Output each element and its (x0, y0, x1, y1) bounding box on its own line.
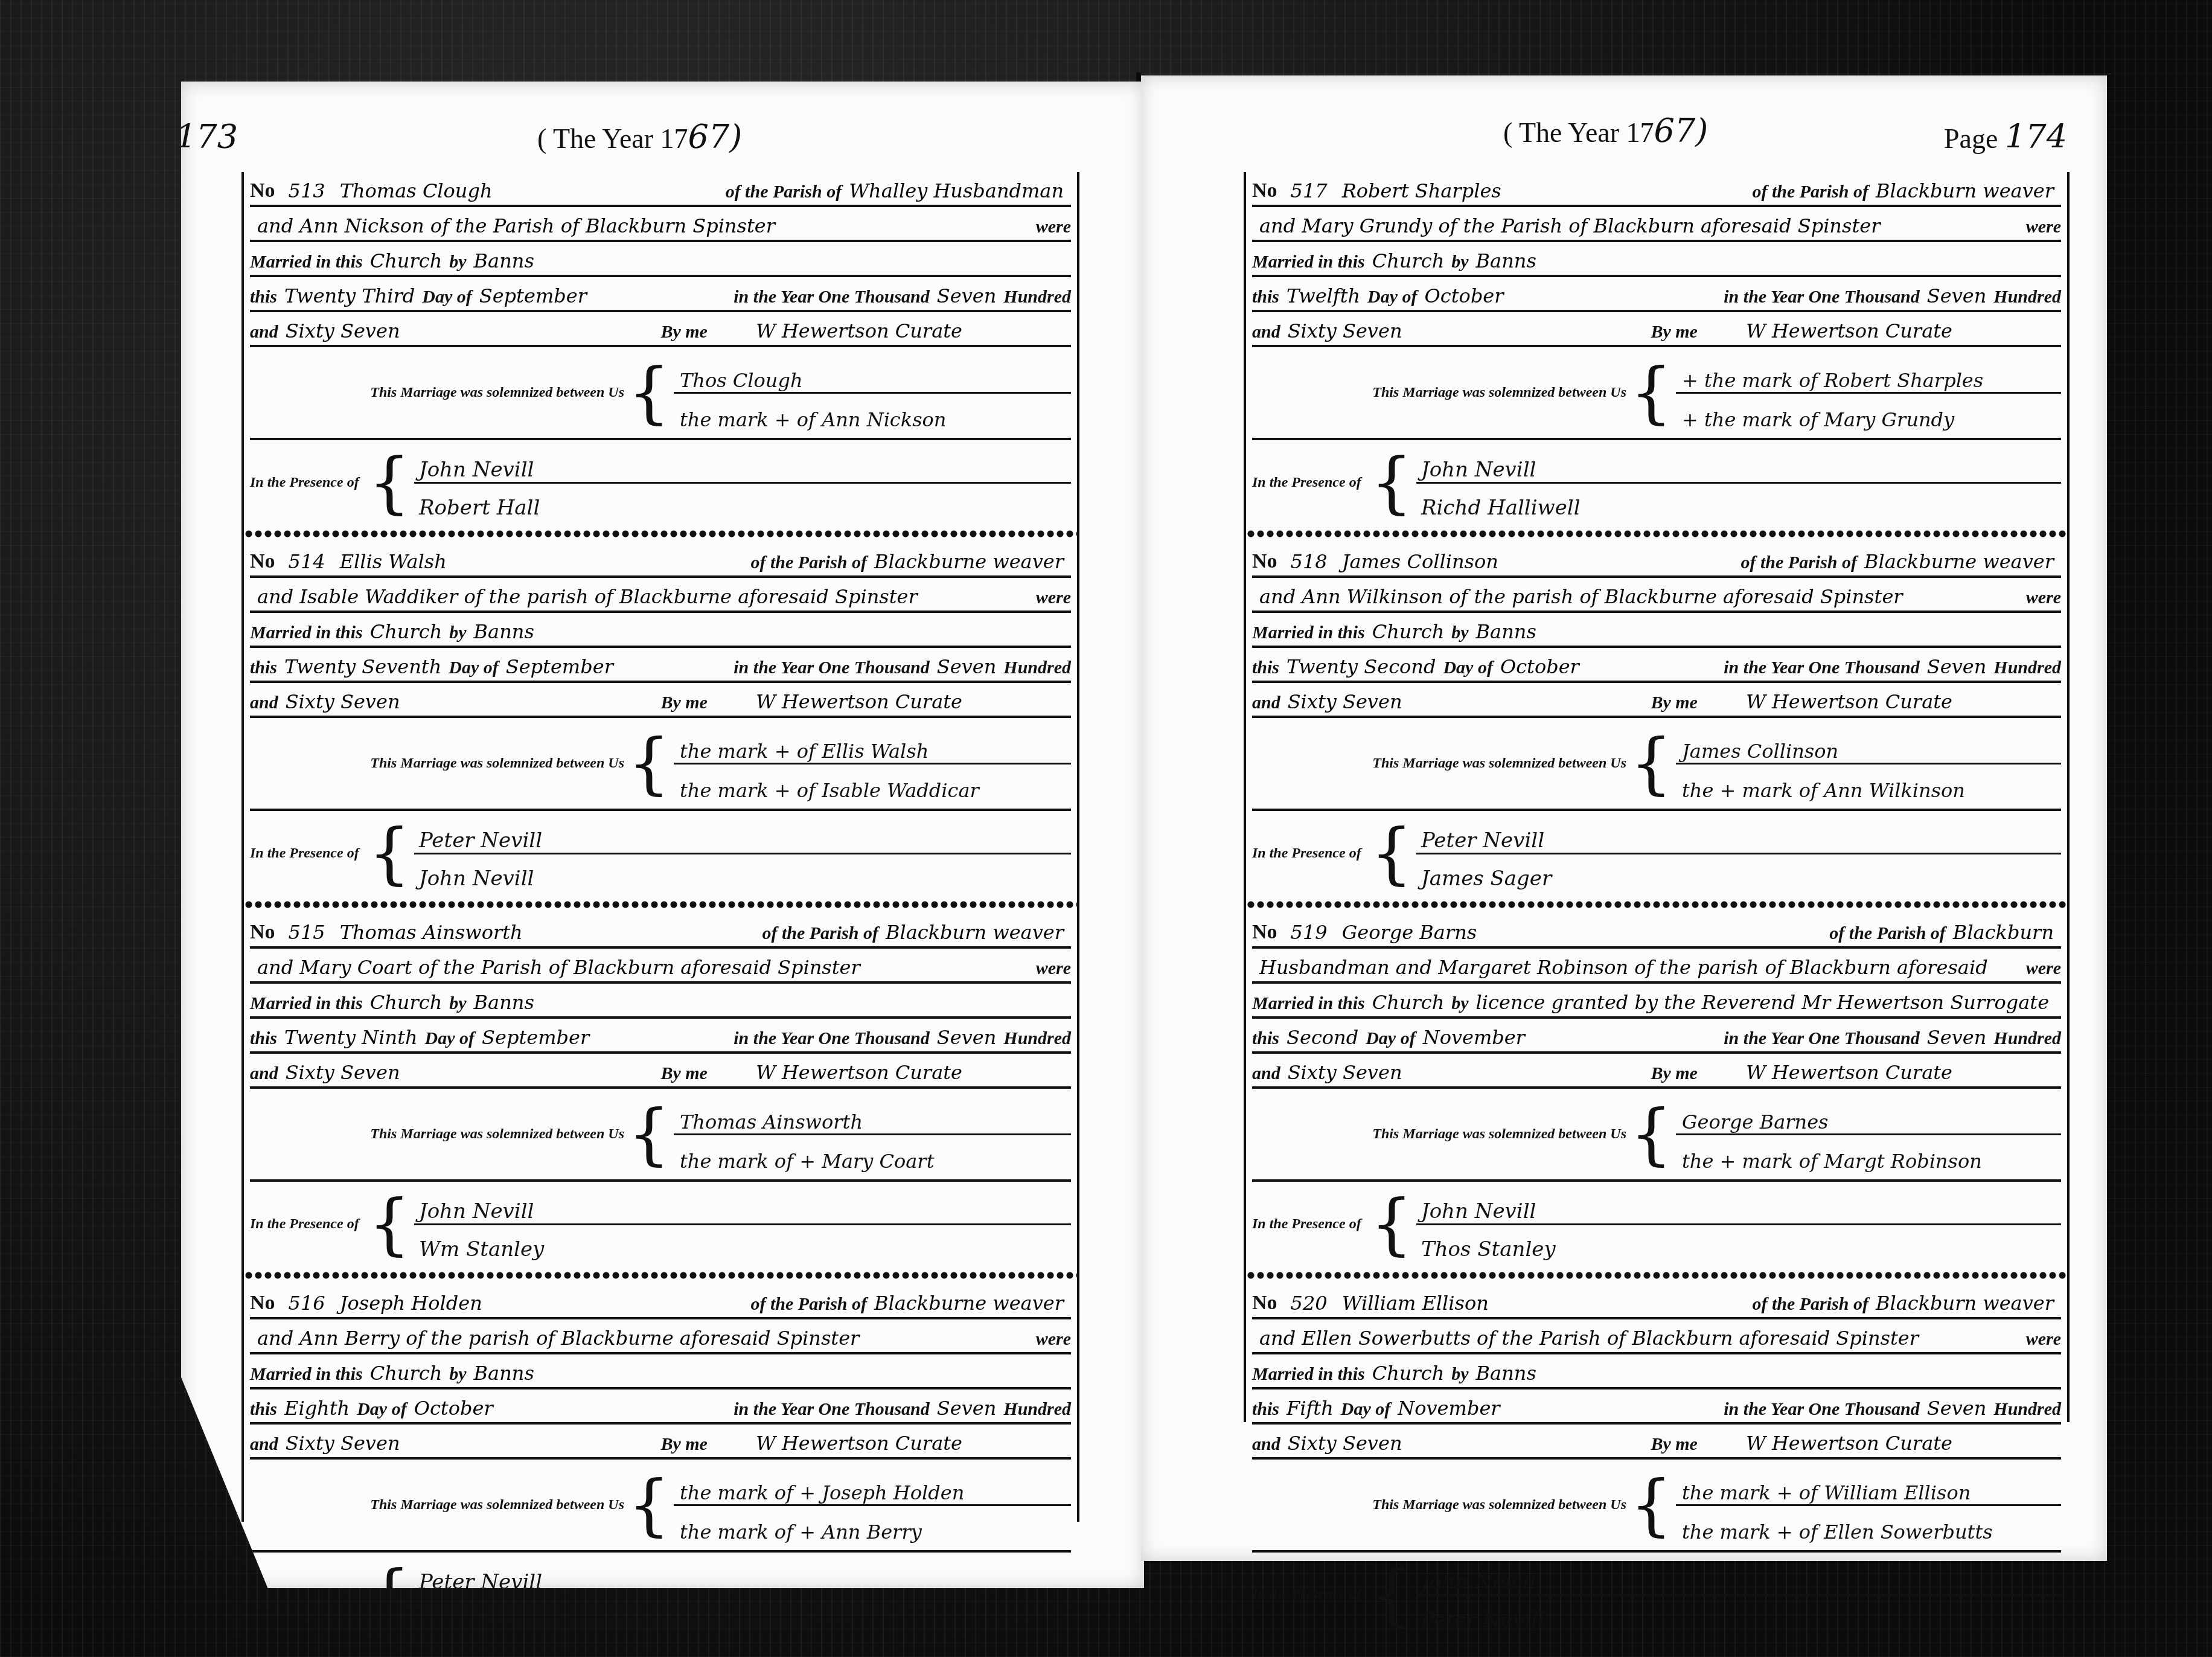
signature-groom: Thos Clough (674, 354, 1071, 394)
month: October (1500, 655, 1579, 678)
year-handwritten: 67) (1654, 112, 1709, 150)
bride-line: and Ann Wilkinson of the parish of Black… (1259, 585, 1903, 608)
solemnized-block: This Marriage was solemnized between Us … (1252, 1089, 2061, 1182)
were-label: were (1036, 958, 1071, 979)
witness-2: Richd Halliwell (1416, 484, 2061, 520)
signature-groom: the mark + of Ellis Walsh (674, 725, 1071, 764)
page-number-header: Page 174 (1944, 118, 2067, 156)
entry-line-groom: No 515 Thomas Ainsworth of the Parish of… (250, 914, 1071, 949)
entry-number-label: No (250, 1292, 275, 1315)
ornamental-divider (244, 527, 1077, 540)
witness-1: John Nevill (1416, 446, 2061, 484)
year-tail: Sixty Seven (1288, 1061, 1402, 1084)
and-label: and (1252, 1434, 1280, 1455)
witness-1: Peter Nevill (414, 816, 1071, 854)
presence-block: In the Presence of { John Nevill Wm Stan… (250, 1182, 1071, 1266)
ornamental-divider (1246, 898, 2067, 911)
entry-line-married: Married in this Church by Banns (1252, 1354, 2061, 1389)
month: October (1425, 284, 1504, 307)
married-label: Married in this (1252, 623, 1365, 643)
signatures: Thos Clough the mark + of Ann Nickson (674, 354, 1071, 431)
groom-name: Ellis Walsh (340, 550, 447, 573)
ornamental-divider (1246, 527, 2067, 540)
witness-1: Peter Nevill (1416, 816, 2061, 854)
this-label: this (250, 1399, 277, 1420)
hundred-label: Hundred (1993, 658, 2061, 678)
witnesses: John Nevill Robert Hall (414, 446, 1071, 520)
entry-line-date: this Twenty Second Day of October in the… (1252, 648, 2061, 683)
entry-line-married: Married in this Church by licence grante… (1252, 984, 2061, 1019)
entry-number-label: No (1252, 1292, 1277, 1315)
married-label: Married in this (1252, 252, 1365, 272)
by-me-label: By me (1651, 1063, 1697, 1084)
place: Church (1372, 249, 1445, 272)
year-tail: Sixty Seven (1288, 319, 1402, 342)
groom-name: James Collinson (1342, 550, 1498, 573)
entry-number-label: No (250, 550, 275, 573)
entry-line-officiant: and Sixty Seven By me W Hewertson Curate (250, 1054, 1071, 1089)
day-of-label: Day of (425, 1028, 475, 1049)
groom-name: Joseph Holden (340, 1292, 482, 1315)
entry-line-date: this Fifth Day of November in the Year O… (1252, 1389, 2061, 1425)
solemnized-block: This Marriage was solemnized between Us … (250, 718, 1071, 811)
bride-line: and Mary Coart of the Parish of Blackbur… (257, 956, 860, 979)
hundred-label: Hundred (1003, 1028, 1071, 1049)
entry-line-bride: and Ann Nickson of the Parish of Blackbu… (250, 207, 1071, 242)
witnesses: Peter Nevill John Nevill (414, 816, 1071, 891)
method: Banns (474, 249, 534, 272)
year-word: Seven (937, 655, 996, 678)
year-word: Seven (937, 1397, 996, 1420)
were-label: were (2026, 1329, 2061, 1350)
year-tail: Sixty Seven (286, 1061, 400, 1084)
solemnized-label: This Marriage was solemnized between Us (1252, 385, 1626, 401)
place: Church (1372, 991, 1445, 1014)
solemnized-block: This Marriage was solemnized between Us … (250, 1460, 1071, 1553)
signature-bride: the + mark of Margt Robinson (1676, 1135, 2061, 1173)
signature-groom: the mark of + Joseph Holden (674, 1467, 1071, 1506)
year-tail: Sixty Seven (1288, 690, 1402, 713)
entry-line-officiant: and Sixty Seven By me W Hewertson Curate (250, 1425, 1071, 1460)
witness-2: the mark + of Thomas Coupe (414, 1596, 1071, 1632)
marriage-entry: No 516 Joseph Holden of the Parish of Bl… (244, 1284, 1077, 1637)
witness-2: Thos Stanley (1416, 1225, 2061, 1261)
and-label: and (250, 1063, 278, 1084)
solemnized-block: This Marriage was solemnized between Us … (1252, 718, 2061, 811)
witnesses: Peter Nevill the mark + of Thomas Coupe (414, 1558, 1071, 1632)
entry-line-groom: No 520 William Ellison of the Parish of … (1252, 1284, 2061, 1319)
and-label: and (250, 693, 278, 713)
method: Banns (474, 991, 534, 1014)
this-label: this (1252, 1399, 1279, 1420)
hundred-label: Hundred (1003, 1399, 1071, 1420)
day: Twelfth (1287, 284, 1360, 307)
day: Twenty Ninth (284, 1026, 418, 1049)
hundred-label: Hundred (1003, 658, 1071, 678)
witness-2: Peter Nevill (1416, 1596, 2061, 1632)
solemnized-label: This Marriage was solemnized between Us (1252, 1497, 1626, 1513)
day-of-label: Day of (1341, 1399, 1390, 1420)
by-label: by (449, 993, 466, 1014)
parish-label: of the Parish of (1741, 553, 1858, 573)
day: Second (1287, 1026, 1358, 1049)
married-label: Married in this (250, 993, 363, 1014)
were-label: were (1036, 217, 1071, 237)
signatures: Thomas Ainsworth the mark of + Mary Coar… (674, 1096, 1071, 1173)
marriage-entry: No 517 Robert Sharples of the Parish of … (1246, 172, 2067, 525)
day-of-label: Day of (357, 1399, 406, 1420)
entry-line-groom: No 514 Ellis Walsh of the Parish of Blac… (250, 543, 1071, 578)
in-year-label: in the Year One Thousand (734, 1028, 930, 1049)
marriage-entry: No 515 Thomas Ainsworth of the Parish of… (244, 914, 1077, 1266)
parish-label: of the Parish of (1829, 923, 1946, 944)
parish-label: of the Parish of (1752, 182, 1868, 202)
parish-label: of the Parish of (751, 553, 868, 573)
hundred-label: Hundred (1003, 287, 1071, 307)
by-me-label: By me (1651, 693, 1697, 713)
solemnized-label: This Marriage was solemnized between Us (250, 385, 624, 401)
ornamental-divider (244, 1269, 1077, 1282)
entry-line-date: this Twenty Ninth Day of September in th… (250, 1019, 1071, 1054)
groom-name: Thomas Clough (340, 179, 493, 202)
signatures: + the mark of Robert Sharples + the mark… (1676, 354, 2061, 431)
entries-frame: No 517 Robert Sharples of the Parish of … (1244, 172, 2070, 1422)
day: Twenty Third (284, 284, 415, 307)
signatures: James Collinson the + mark of Ann Wilkin… (1676, 725, 2061, 802)
brace-icon: { (628, 1472, 670, 1538)
hundred-label: Hundred (1993, 1399, 2061, 1420)
entry-line-officiant: and Sixty Seven By me W Hewertson Curate (1252, 683, 2061, 718)
month: November (1423, 1026, 1525, 1049)
bride-line: and Ann Nickson of the Parish of Blackbu… (257, 214, 775, 237)
witness-1: John Nevill (414, 1187, 1071, 1225)
year-tail: Sixty Seven (286, 1432, 400, 1455)
officiant: W Hewertson Curate (1746, 1061, 1952, 1084)
signature-bride: + the mark of Mary Grundy (1676, 394, 2061, 431)
officiant: W Hewertson Curate (756, 1432, 962, 1455)
entry-line-date: this Second Day of November in the Year … (1252, 1019, 2061, 1054)
entry-number: 519 (1291, 921, 1328, 944)
in-year-label: in the Year One Thousand (1724, 1399, 1920, 1420)
presence-label: In the Presence of (1252, 1216, 1367, 1232)
groom-parish: Blackburn weaver (886, 921, 1064, 944)
entry-line-groom: No 518 James Collinson of the Parish of … (1252, 543, 2061, 578)
entry-line-date: this Twenty Third Day of September in th… (250, 277, 1071, 312)
entry-line-married: Married in this Church by Banns (250, 984, 1071, 1019)
witness-1: Peter Nevill (414, 1558, 1071, 1596)
year-tail: Sixty Seven (286, 319, 400, 342)
groom-parish: Blackburne weaver (1864, 550, 2054, 573)
entry-line-officiant: and Sixty Seven By me W Hewertson Curate (1252, 1054, 2061, 1089)
signature-groom: + the mark of Robert Sharples (1676, 354, 2061, 394)
entry-number-label: No (1252, 179, 1277, 202)
signature-groom: Thomas Ainsworth (674, 1096, 1071, 1135)
and-label: and (1252, 1063, 1280, 1084)
method: licence granted by the Reverend Mr Hewer… (1476, 991, 2050, 1014)
brace-icon: { (368, 1191, 411, 1257)
entry-line-married: Married in this Church by Banns (250, 613, 1071, 648)
presence-block: In the Presence of { Peter Nevill James … (1252, 811, 2061, 896)
solemnized-label: This Marriage was solemnized between Us (250, 1497, 624, 1513)
place: Church (370, 620, 443, 643)
method: Banns (1476, 249, 1536, 272)
entry-line-officiant: and Sixty Seven By me W Hewertson Curate (1252, 312, 2061, 347)
entry-line-bride: and Mary Grundy of the Parish of Blackbu… (1252, 207, 2061, 242)
month: September (479, 284, 587, 307)
entry-line-bride: and Isable Waddiker of the parish of Bla… (250, 578, 1071, 613)
entry-number: 515 (289, 921, 325, 944)
officiant: W Hewertson Curate (1746, 319, 1952, 342)
month: September (506, 655, 613, 678)
brace-icon: { (628, 1101, 670, 1167)
were-label: were (2026, 588, 2061, 608)
signatures: the mark of + Joseph Holden the mark of … (674, 1467, 1071, 1543)
signatures: the mark + of William Ellison the mark +… (1676, 1467, 2061, 1543)
hundred-label: Hundred (1993, 287, 2061, 307)
witnesses: John Nevill Peter Nevill (1416, 1558, 2061, 1632)
day: Eighth (284, 1397, 350, 1420)
entry-line-officiant: and Sixty Seven By me W Hewertson Curate (1252, 1425, 2061, 1460)
by-label: by (449, 1364, 466, 1385)
solemnized-block: This Marriage was solemnized between Us … (250, 1089, 1071, 1182)
year-header: ( The Year 1767) (1503, 112, 1708, 150)
solemnized-block: This Marriage was solemnized between Us … (1252, 1460, 2061, 1553)
parish-label: of the Parish of (726, 182, 842, 202)
presence-label: In the Presence of (1252, 1587, 1367, 1603)
presence-label: In the Presence of (250, 1587, 365, 1603)
month: September (482, 1026, 589, 1049)
witnesses: Peter Nevill James Sager (1416, 816, 2061, 891)
parish-label: of the Parish of (1752, 1294, 1868, 1315)
presence-block: In the Presence of { John Nevill Robert … (250, 440, 1071, 525)
presence-block: In the Presence of { Peter Nevill the ma… (250, 1553, 1071, 1637)
entry-line-married: Married in this Church by Banns (1252, 613, 2061, 648)
signature-bride: the mark + of Ann Nickson (674, 394, 1071, 431)
witnesses: John Nevill Thos Stanley (1416, 1187, 2061, 1261)
bride-line: and Ann Berry of the parish of Blackburn… (257, 1327, 859, 1350)
brace-icon: { (1630, 1101, 1672, 1167)
entry-line-married: Married in this Church by Banns (1252, 242, 2061, 277)
witness-1: John Nevill (414, 446, 1071, 484)
entry-line-bride: and Ellen Sowerbutts of the Parish of Bl… (1252, 1319, 2061, 1354)
witness-2: James Sager (1416, 854, 2061, 891)
page-number: 173 (176, 118, 238, 156)
this-label: this (1252, 658, 1279, 678)
day-of-label: Day of (1366, 1028, 1415, 1049)
by-me-label: By me (660, 693, 707, 713)
parish-label: of the Parish of (762, 923, 878, 944)
witness-2: Wm Stanley (414, 1225, 1071, 1261)
this-label: this (1252, 1028, 1279, 1049)
entry-number-label: No (1252, 550, 1277, 573)
brace-icon: { (1370, 1562, 1413, 1628)
brace-icon: { (1370, 449, 1413, 516)
and-label: and (1252, 693, 1280, 713)
brace-icon: { (1370, 820, 1413, 886)
by-me-label: By me (660, 322, 707, 342)
groom-parish: Blackburn (1953, 921, 2054, 944)
page-label: Page (1944, 123, 1998, 154)
entry-line-groom: No 519 George Barns of the Parish of Bla… (1252, 914, 2061, 949)
day-of-label: Day of (449, 658, 498, 678)
year-tail: Sixty Seven (1288, 1432, 1402, 1455)
married-label: Married in this (250, 252, 363, 272)
signatures: George Barnes the + mark of Margt Robins… (1676, 1096, 2061, 1173)
officiant: W Hewertson Curate (1746, 1432, 1952, 1455)
year-header: ( The Year 1767) (537, 118, 742, 156)
entry-line-date: this Twelfth Day of October in the Year … (1252, 277, 2061, 312)
by-label: by (1451, 1364, 1468, 1385)
year-word: Seven (937, 284, 996, 307)
by-me-label: By me (660, 1434, 707, 1455)
day-of-label: Day of (1367, 287, 1417, 307)
method: Banns (1476, 1362, 1536, 1385)
signature-bride: the mark of + Mary Coart (674, 1135, 1071, 1173)
marriage-entry: No 513 Thomas Clough of the Parish of Wh… (244, 172, 1077, 525)
entry-line-married: Married in this Church by Banns (250, 242, 1071, 277)
day: Fifth (1287, 1397, 1334, 1420)
bride-line: Husbandman and Margaret Robinson of the … (1259, 956, 1988, 979)
witness-1: John Nevill (1416, 1558, 2061, 1596)
entry-number: 517 (1291, 179, 1328, 202)
witnesses: John Nevill Richd Halliwell (1416, 446, 2061, 520)
entry-number: 516 (289, 1292, 325, 1315)
day: Twenty Second (1287, 655, 1436, 678)
year-word: Seven (1927, 1026, 1986, 1049)
by-label: by (449, 252, 466, 272)
in-year-label: in the Year One Thousand (1724, 658, 1920, 678)
presence-label: In the Presence of (1252, 845, 1367, 862)
presence-block: In the Presence of { John Nevill Peter N… (1252, 1553, 2061, 1637)
married-label: Married in this (1252, 993, 1365, 1014)
ornamental-divider (244, 898, 1077, 911)
presence-label: In the Presence of (1252, 475, 1367, 491)
signature-bride: the + mark of Ann Wilkinson (1676, 764, 2061, 802)
left-page: Page 173 ( The Year 1767) No 513 Thomas … (181, 82, 1144, 1588)
this-label: this (250, 287, 277, 307)
brace-icon: { (368, 449, 411, 516)
day: Twenty Seventh (284, 655, 441, 678)
presence-label: In the Presence of (250, 475, 365, 491)
solemnized-label: This Marriage was solemnized between Us (250, 755, 624, 772)
brace-icon: { (368, 1562, 411, 1628)
presence-block: In the Presence of { John Nevill Thos St… (1252, 1182, 2061, 1266)
in-year-label: in the Year One Thousand (1724, 287, 1920, 307)
page-number-header: Page 173 (115, 118, 238, 156)
officiant: W Hewertson Curate (756, 1061, 962, 1084)
brace-icon: { (1630, 1472, 1672, 1538)
witness-1: John Nevill (1416, 1187, 2061, 1225)
entries-frame: No 513 Thomas Clough of the Parish of Wh… (241, 172, 1079, 1522)
brace-icon: { (1630, 359, 1672, 426)
solemnized-label: This Marriage was solemnized between Us (1252, 1126, 1626, 1143)
place: Church (1372, 620, 1445, 643)
this-label: this (250, 658, 277, 678)
month: November (1398, 1397, 1500, 1420)
solemnized-label: This Marriage was solemnized between Us (250, 1126, 624, 1143)
in-year-label: in the Year One Thousand (734, 1399, 930, 1420)
were-label: were (2026, 958, 2061, 979)
this-label: this (1252, 287, 1279, 307)
entry-line-bride: and Ann Berry of the parish of Blackburn… (250, 1319, 1071, 1354)
bride-line: and Isable Waddiker of the parish of Bla… (257, 585, 918, 608)
officiant: W Hewertson Curate (1746, 690, 1952, 713)
bride-line: and Mary Grundy of the Parish of Blackbu… (1259, 214, 1880, 237)
witness-2: John Nevill (414, 854, 1071, 891)
in-year-label: in the Year One Thousand (1724, 1028, 1920, 1049)
method: Banns (474, 620, 534, 643)
brace-icon: { (628, 359, 670, 426)
method: Banns (474, 1362, 534, 1385)
officiant: W Hewertson Curate (756, 690, 962, 713)
entry-line-bride: and Mary Coart of the Parish of Blackbur… (250, 949, 1071, 984)
entry-line-officiant: and Sixty Seven By me W Hewertson Curate (250, 312, 1071, 347)
marriage-entry: No 520 William Ellison of the Parish of … (1246, 1284, 2067, 1637)
parish-label: of the Parish of (751, 1294, 868, 1315)
marriage-entry: No 514 Ellis Walsh of the Parish of Blac… (244, 543, 1077, 896)
witnesses: John Nevill Wm Stanley (414, 1187, 1071, 1261)
presence-label: In the Presence of (250, 1216, 365, 1232)
page-number: 174 (2005, 118, 2067, 156)
signature-bride: the mark + of Ellen Sowerbutts (1676, 1506, 2061, 1543)
signature-groom: the mark + of William Ellison (1676, 1467, 2061, 1506)
entry-number-label: No (1252, 921, 1277, 944)
bride-line: and Ellen Sowerbutts of the Parish of Bl… (1259, 1327, 1919, 1350)
place: Church (370, 1362, 443, 1385)
year-word: Seven (1927, 284, 1986, 307)
entry-line-bride: and Ann Wilkinson of the parish of Black… (1252, 578, 2061, 613)
presence-block: In the Presence of { Peter Nevill John N… (250, 811, 1071, 896)
signature-bride: the mark of + Ann Berry (674, 1506, 1071, 1543)
solemnized-label: This Marriage was solemnized between Us (1252, 755, 1626, 772)
entry-line-groom: No 517 Robert Sharples of the Parish of … (1252, 172, 2061, 207)
entry-line-date: this Eighth Day of October in the Year O… (250, 1389, 1071, 1425)
signatures: the mark + of Ellis Walsh the mark + of … (674, 725, 1071, 802)
signature-groom: George Barnes (1676, 1096, 2061, 1135)
were-label: were (2026, 217, 2061, 237)
entry-number-label: No (250, 921, 275, 944)
groom-parish: Blackburn weaver (1876, 1292, 2054, 1315)
entry-number: 513 (289, 179, 325, 202)
groom-name: William Ellison (1342, 1292, 1489, 1315)
day-of-label: Day of (1443, 658, 1492, 678)
entry-line-date: this Twenty Seventh Day of September in … (250, 648, 1071, 683)
officiant: W Hewertson Curate (756, 319, 962, 342)
entry-line-groom: No 513 Thomas Clough of the Parish of Wh… (250, 172, 1071, 207)
year-tail: Sixty Seven (286, 690, 400, 713)
solemnized-block: This Marriage was solemnized between Us … (1252, 347, 2061, 440)
groom-name: Robert Sharples (1342, 179, 1501, 202)
groom-parish: Blackburn weaver (1876, 179, 2054, 202)
entry-line-bride: Husbandman and Margaret Robinson of the … (1252, 949, 2061, 984)
by-me-label: By me (1651, 322, 1697, 342)
married-label: Married in this (1252, 1364, 1365, 1385)
year-word: Seven (937, 1026, 996, 1049)
marriage-entry: No 519 George Barns of the Parish of Bla… (1246, 914, 2067, 1266)
and-label: and (1252, 322, 1280, 342)
groom-parish: Blackburne weaver (874, 1292, 1064, 1315)
groom-parish: Whalley Husbandman (849, 179, 1064, 202)
presence-label: In the Presence of (250, 845, 365, 862)
entry-number: 518 (1291, 550, 1328, 573)
married-label: Married in this (250, 1364, 363, 1385)
entry-number: 514 (289, 550, 325, 573)
groom-parish: Blackburne weaver (874, 550, 1064, 573)
ornamental-divider (1246, 1269, 2067, 1282)
page-label: Page (115, 123, 168, 154)
in-year-label: in the Year One Thousand (734, 287, 930, 307)
entry-number: 520 (1291, 1292, 1328, 1315)
